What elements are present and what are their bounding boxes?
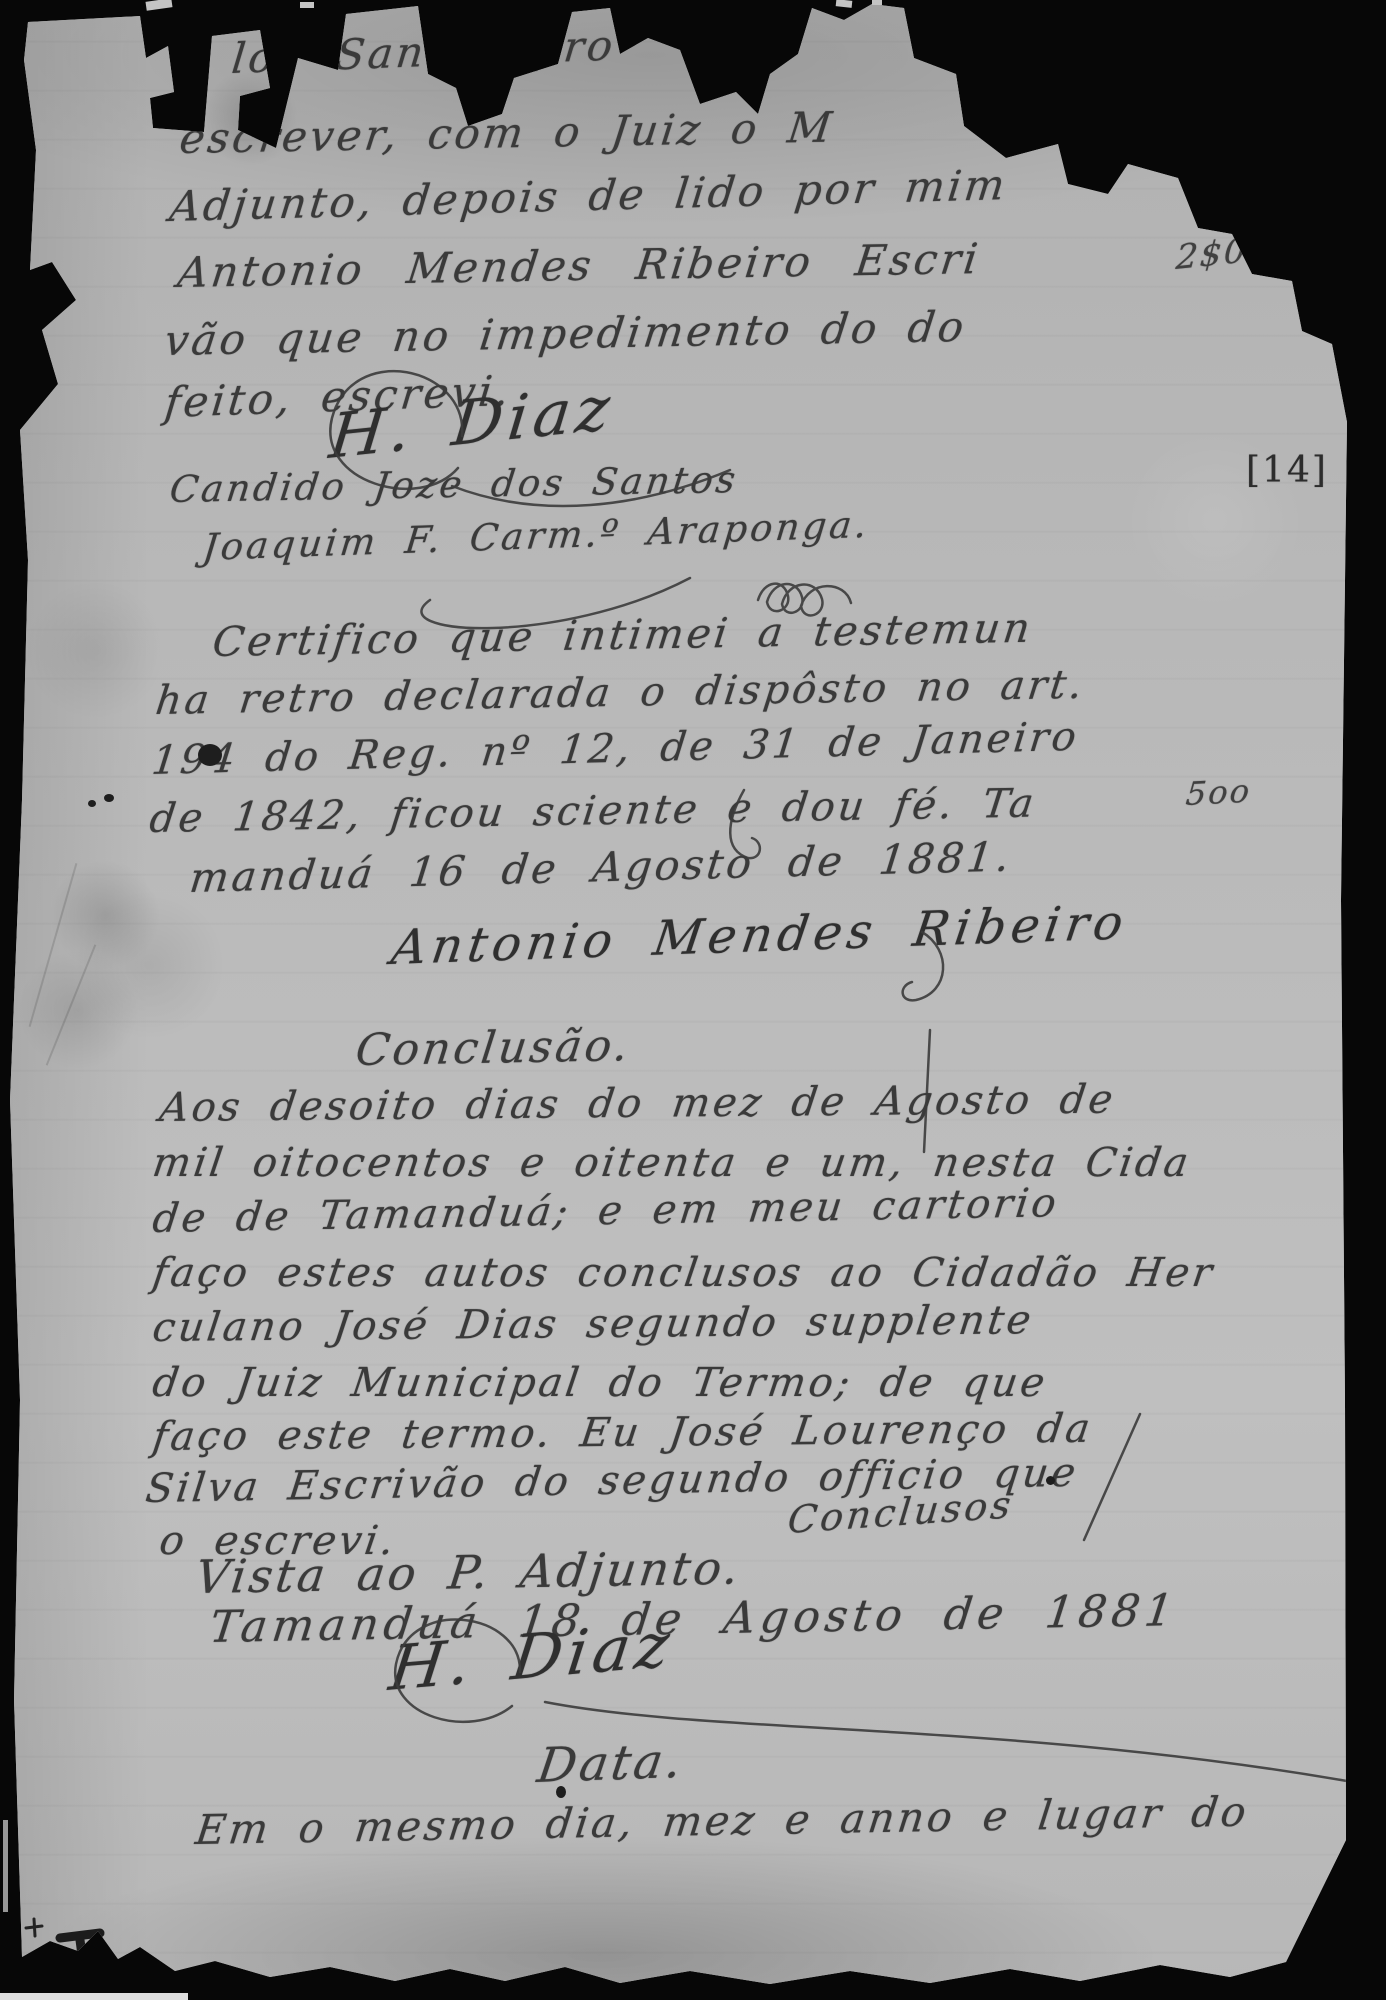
paper-sliver bbox=[3, 1820, 8, 1912]
pen-hook bbox=[730, 790, 760, 858]
pen-stroke bbox=[924, 1030, 930, 1152]
document-page: los Santos pro escrever, com o Juiz o M … bbox=[0, 0, 1386, 2000]
handwriting-flourishes bbox=[0, 0, 1386, 2000]
paper-speck bbox=[300, 2, 314, 8]
tear-mark bbox=[80, 1940, 85, 1978]
paper-speck bbox=[836, 0, 853, 8]
rubric-flourish bbox=[421, 578, 690, 628]
tear-mark bbox=[26, 1919, 42, 1936]
signature-flourish bbox=[903, 932, 943, 1000]
signature-flourish bbox=[395, 1620, 520, 1722]
pen-stroke bbox=[1084, 1414, 1140, 1540]
signature-flourish bbox=[330, 371, 462, 489]
scan-background: los Santos pro escrever, com o Juiz o M … bbox=[0, 0, 1386, 2000]
rubric-flourish bbox=[758, 584, 851, 616]
signature-flourish bbox=[545, 1702, 1386, 1788]
paper-speck bbox=[872, 0, 882, 5]
paper-speck bbox=[146, 0, 173, 11]
signature-flourish bbox=[452, 470, 730, 506]
paper-sliver bbox=[0, 1993, 188, 2000]
